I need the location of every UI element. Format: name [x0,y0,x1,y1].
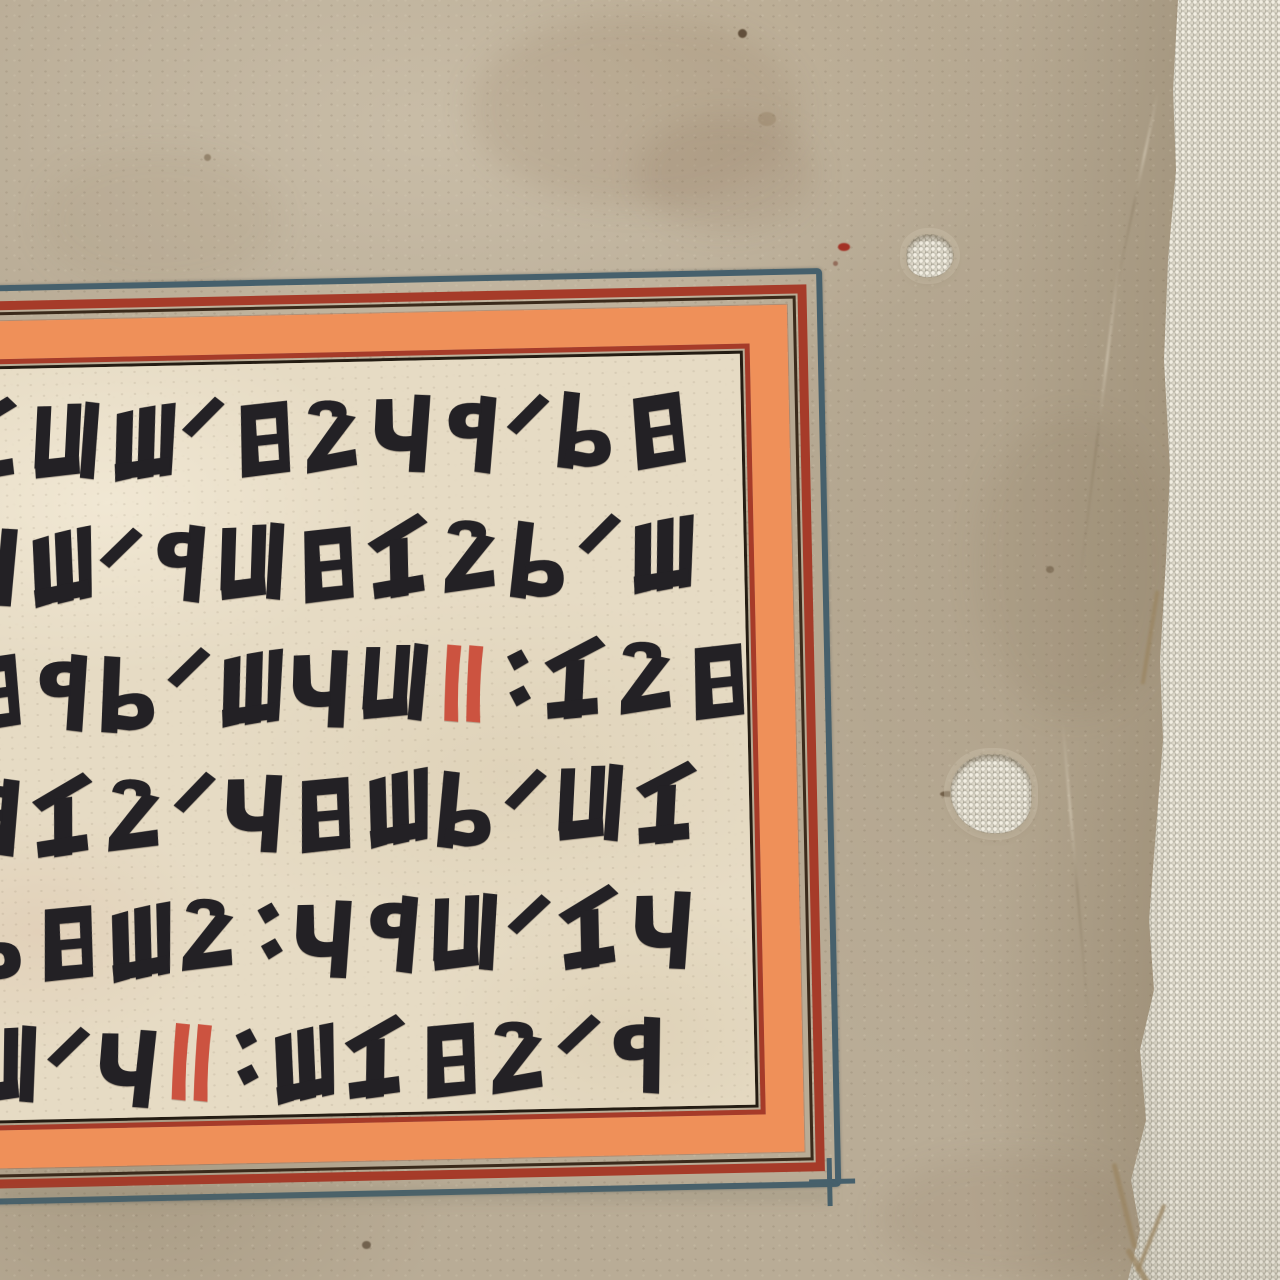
glyph [436,514,504,603]
glyph [549,759,627,849]
text-row [0,735,748,864]
glyph [212,518,289,609]
glyph [575,509,622,599]
glyph [288,894,356,983]
glyph [25,397,103,487]
glyph [503,389,550,479]
glyph [502,764,547,854]
text-row [0,360,740,489]
worm-hole [906,234,954,278]
glyph [338,1014,412,1104]
glyph [95,647,160,739]
manuscript-panel [0,268,841,1207]
glyph [0,522,22,610]
glyph [90,1023,161,1112]
glyph [502,890,552,978]
glyph [425,888,502,979]
text-row [0,610,745,739]
corner-overshoot-horizontal [809,1179,855,1185]
glyph [266,1018,335,1110]
glyph [622,384,689,476]
glyph [434,389,503,478]
glyph [210,644,285,733]
glyph [552,1010,602,1098]
glyph [353,639,433,727]
glyph [367,388,435,477]
glyph [0,772,26,861]
text-row [0,485,742,614]
glyph [503,514,574,603]
dark-speck [758,112,776,126]
glyph [29,897,102,986]
glyph [484,1014,551,1105]
text-row [0,985,753,1114]
dark-speck [362,1241,371,1249]
glyph [99,773,169,861]
glyph [622,510,696,598]
glyph [226,394,298,482]
glyph [178,392,225,482]
glyph [0,1020,40,1112]
red-danda-mark [434,638,489,729]
glyph [43,1022,91,1111]
glyph [143,518,212,607]
glyph [173,893,243,981]
glyph [0,646,25,737]
glyph [553,883,624,975]
colon-mark [219,1019,265,1107]
glyph [0,396,23,488]
glyph [26,648,94,736]
dark-speck [1046,566,1054,573]
glyph [359,763,430,854]
glyph [103,398,178,487]
dark-speck [738,29,747,38]
glyph [163,643,211,732]
glyph [363,512,434,604]
worm-hole [950,754,1032,834]
glyph [299,393,364,485]
glyph [431,764,501,852]
stain [880,1155,1140,1280]
glyph [356,889,425,978]
manuscript-photo [0,0,1280,1280]
glyph [535,635,612,724]
paper-crease [1113,92,1159,298]
glyph [680,636,752,724]
glyph [24,521,93,613]
glyph [218,768,286,857]
glyph [102,897,173,988]
text-rows [0,360,751,1113]
glyph [285,643,352,734]
glyph [411,1014,484,1103]
glyph [171,767,216,857]
glyph [603,1009,666,1100]
stain [40,150,280,290]
glyph [286,769,359,858]
glyph [289,519,361,607]
colon-mark [244,893,285,983]
paper-sheet [0,0,1280,1280]
glyph [0,897,29,986]
dark-speck [833,261,838,266]
text-area [0,354,756,1121]
glyph [95,523,143,612]
glyph [627,760,704,849]
paper-crease [1061,721,1090,1030]
red-pigment-dot [838,243,850,251]
glyph [551,385,621,473]
dark-speck [204,154,211,161]
colon-mark [492,640,536,729]
text-row [0,860,750,989]
glyph [627,885,695,974]
red-danda-mark [161,1017,218,1107]
glyph [612,635,679,726]
panel-edge-shadow [0,1189,830,1202]
glyph [26,772,99,863]
stain [635,115,815,230]
